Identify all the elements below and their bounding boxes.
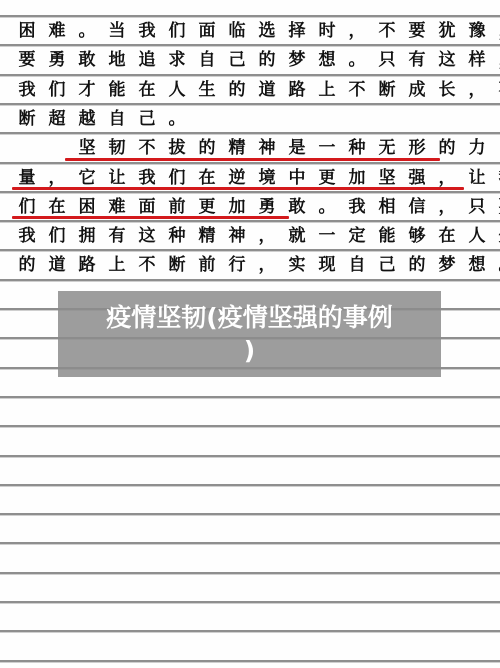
red-underline [65, 158, 440, 161]
text-row: 我们才能在人生的道路上不断成长，不 [12, 77, 488, 103]
overlay-title-line2: ) [58, 334, 441, 367]
ruled-line [0, 162, 500, 164]
ruled-line [0, 103, 500, 105]
ruled-line [0, 249, 500, 251]
ruled-line [0, 279, 500, 281]
ruled-line [0, 484, 500, 486]
ruled-line [0, 74, 500, 76]
text-row: 困难。当我们面临选择时，不要犹豫， [12, 18, 488, 44]
ruled-line [0, 513, 500, 515]
ruled-line [0, 220, 500, 222]
ruled-line [0, 572, 500, 574]
ruled-line [0, 601, 500, 603]
text-row: 要勇敢地追求自己的梦想。只有这样， [12, 47, 488, 73]
text-row: 断超越自己。 [12, 106, 488, 132]
ruled-line [0, 542, 500, 544]
text-row: 我们拥有这种精神，就一定能够在人生 [12, 223, 488, 249]
red-underline [12, 187, 464, 190]
ruled-line [0, 191, 500, 193]
ruled-line [0, 132, 500, 134]
red-underline [12, 216, 289, 219]
ruled-line [0, 660, 500, 662]
overlay-title-line1: 疫情坚韧(疫情坚强的事例 [58, 301, 441, 334]
ruled-line [0, 425, 500, 427]
ruled-line [0, 396, 500, 398]
ruled-line [0, 455, 500, 457]
text-row: 的道路上不断前行，实现自己的梦想。 [12, 252, 488, 278]
ruled-line [0, 630, 500, 632]
title-overlay: 疫情坚韧(疫情坚强的事例 ) [58, 291, 441, 377]
ruled-line [0, 15, 500, 17]
ruled-line [0, 44, 500, 46]
